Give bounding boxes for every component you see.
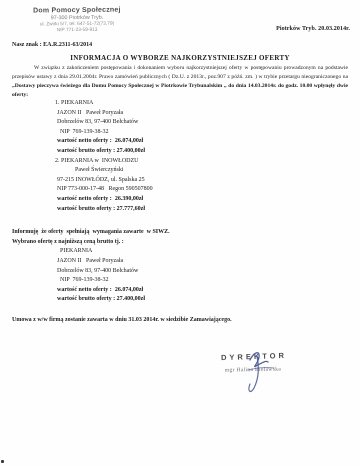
handwritten-signature xyxy=(226,348,290,404)
offer1-nip: NIP 769-139-38-32 xyxy=(12,128,352,138)
document-title: INFORMACJA O WYBORZE NAJKORZYSTNIEJSZEJ … xyxy=(0,54,360,62)
offer1-brutto-value: 27.400,00zł xyxy=(117,148,145,154)
selected-netto-label: wartość netto oferty : xyxy=(57,287,112,293)
offer2-netto: wartość netto oferty : 26.390,00zł xyxy=(12,195,352,205)
offer2-person: Paweł Świerczyński xyxy=(12,166,352,176)
offer1-netto: wartość netto oferty : 26.074,00zł xyxy=(12,137,352,147)
reference-number: Nasz znak : EA.R.2311-63/2014 xyxy=(12,42,92,48)
spacer xyxy=(12,214,352,228)
contract-statement: Umowa z w/w firmą zostanie zawarta w dni… xyxy=(12,317,352,323)
offer2-nip: NIP 773-000-17-48 Regon 590507800 xyxy=(12,185,352,195)
offer2-brutto-value: 27.777,60zł xyxy=(117,206,145,212)
offer1-brutto-label: wartość brutto oferty : xyxy=(57,148,115,154)
selected-nip: NIP 769-139-38-32 xyxy=(12,276,352,286)
selected-brutto: wartość brutto oferty : 27.400,00zł xyxy=(12,295,352,305)
document-page: Dom Pomocy Społecznej 97-300 Piotrków Tr… xyxy=(0,0,360,466)
offer2-netto-label: wartość netto oferty : xyxy=(57,196,112,202)
selected-brutto-value: 27.400,00zł xyxy=(117,296,145,302)
signature-block: DYREKTOR mgr Halina Bielawska xyxy=(198,352,318,412)
stamp-nip: NIP 771-23-59-913 xyxy=(16,27,138,34)
selected-heading: PIEKARNIA xyxy=(12,247,352,257)
compliance-statement: Informuję że oferty spełniają wymagania … xyxy=(12,228,352,238)
offer1-netto-value: 26.074,00zł xyxy=(115,138,143,144)
offer2-netto-value: 26.390,00zł xyxy=(115,196,143,202)
sender-stamp: Dom Pomocy Społecznej 97-300 Piotrków Tr… xyxy=(16,6,138,34)
intro-part1: W związku z zakończeniem postępowania i … xyxy=(12,65,348,80)
selected-brutto-label: wartość brutto oferty : xyxy=(57,296,115,302)
offer2-brutto-label: wartość brutto oferty : xyxy=(57,206,115,212)
offer1-company: JAZON II Paweł Poryzała xyxy=(12,109,352,119)
offer2-brutto: wartość brutto oferty : 27.777,60zł xyxy=(12,205,352,215)
selected-address: Dobrzelów 83, 97-400 Bełchatów xyxy=(12,267,352,277)
intro-subject: „Dostawy pieczywa świeżego dla Domu Pomo… xyxy=(12,83,227,89)
offer1-netto-label: wartość netto oferty : xyxy=(57,138,112,144)
selected-netto-value: 26.074,00zł xyxy=(115,287,143,293)
offer1-brutto: wartość brutto oferty : 27.400,00zł xyxy=(12,147,352,157)
offer1-heading: 1. PIEKARNIA xyxy=(12,99,352,109)
intro-paragraph: W związku z zakończeniem postępowania i … xyxy=(12,64,348,100)
selection-statement: Wybrano ofertę z najniższą ceną brutto t… xyxy=(12,238,352,248)
selected-netto: wartość netto oferty : 26.074,00zł xyxy=(12,286,352,296)
offer2-address: 97-215 INOWŁÓDZ, ul. Spalska 25 xyxy=(12,176,352,186)
offer1-address: Dobrzelów 83, 97-400 Bełchatów xyxy=(12,118,352,128)
offer2-heading: 2. PIEKARNIA w INOWŁODZU xyxy=(12,157,352,167)
offers-section: 1. PIEKARNIA JAZON II Paweł Poryzała Dob… xyxy=(12,99,352,305)
selected-company: JAZON II Paweł Poryzała xyxy=(12,257,352,267)
place-date: Piotrków Tryb. 20.03.2014r. xyxy=(276,26,350,32)
scan-artifact xyxy=(1,460,4,463)
